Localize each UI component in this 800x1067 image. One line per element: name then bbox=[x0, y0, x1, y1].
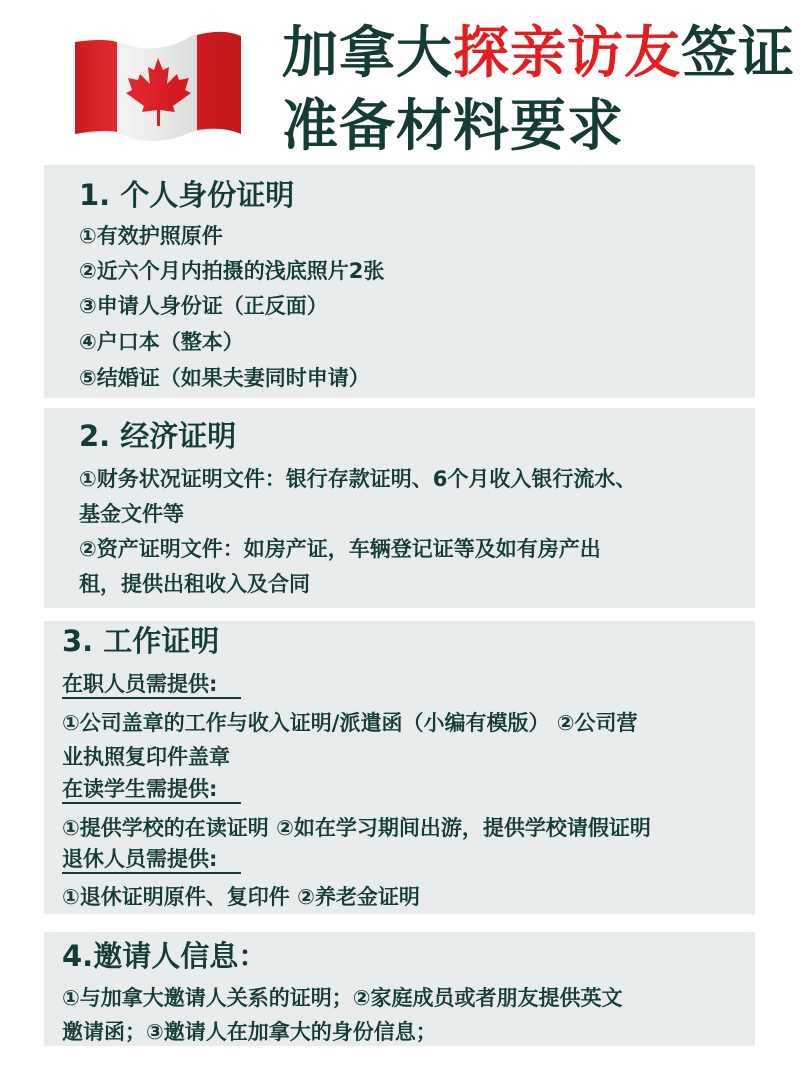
list-item-continued: 邀请函；③邀请人在加拿大的身份信息； bbox=[62, 1016, 437, 1046]
group-label-employed: 在职人员需提供: bbox=[62, 671, 241, 699]
list-item: ①与加拿大邀请人关系的证明；②家庭成员或者朋友提供英文 bbox=[62, 982, 623, 1012]
list-item: ①财务状况证明文件：银行存款证明、6个月收入银行流水、 bbox=[79, 463, 636, 493]
page-title-line1: 加拿大探亲访友签证 bbox=[282, 22, 795, 86]
section-financial: 2. 经济证明 ①财务状况证明文件：银行存款证明、6个月收入银行流水、 基金文件… bbox=[44, 408, 755, 608]
title-prefix: 加拿大 bbox=[282, 21, 453, 86]
section-heading: 4.邀请人信息： bbox=[62, 936, 267, 976]
list-item-continued: 业执照复印件盖章 bbox=[62, 741, 230, 771]
list-item: ③申请人身份证（正反面） bbox=[79, 290, 328, 320]
title-suffix: 签证 bbox=[681, 21, 795, 86]
list-item-continued: 租，提供出租收入及合同 bbox=[79, 568, 310, 598]
section-heading: 1. 个人身份证明 bbox=[79, 175, 294, 215]
page-title-line2: 准备材料要求 bbox=[282, 95, 624, 159]
list-item: ①公司盖章的工作与收入证明/派遣函（小编有模版） ②公司营 bbox=[62, 707, 638, 737]
list-item: ②资产证明文件：如房产证，车辆登记证等及如有房产出 bbox=[79, 533, 601, 563]
canada-flag-icon bbox=[73, 30, 243, 148]
section-heading: 3. 工作证明 bbox=[62, 621, 219, 661]
section-identity: 1. 个人身份证明 ①有效护照原件 ②近六个月内拍摄的浅底照片2张 ③申请人身份… bbox=[44, 165, 755, 398]
list-item: ④户口本（整本） bbox=[79, 326, 244, 356]
group-label-student: 在读学生需提供: bbox=[62, 776, 241, 804]
section-heading: 2. 经济证明 bbox=[79, 416, 236, 456]
section-inviter: 4.邀请人信息： ①与加拿大邀请人关系的证明；②家庭成员或者朋友提供英文 邀请函… bbox=[44, 932, 755, 1046]
list-item: ⑤结婚证（如果夫妻同时申请） bbox=[79, 362, 370, 392]
group-label-retired: 退休人员需提供: bbox=[62, 846, 241, 874]
list-item: ②近六个月内拍摄的浅底照片2张 bbox=[79, 255, 384, 285]
section-employment: 3. 工作证明 在职人员需提供: ①公司盖章的工作与收入证明/派遣函（小编有模版… bbox=[44, 621, 755, 914]
list-item: ①提供学校的在读证明 ②如在学习期间出游，提供学校请假证明 bbox=[62, 812, 651, 842]
list-item: ①退休证明原件、复印件 ②养老金证明 bbox=[62, 881, 420, 911]
title-highlight: 探亲访友 bbox=[453, 21, 681, 86]
list-item-continued: 基金文件等 bbox=[79, 498, 184, 528]
list-item: ①有效护照原件 bbox=[79, 220, 223, 250]
